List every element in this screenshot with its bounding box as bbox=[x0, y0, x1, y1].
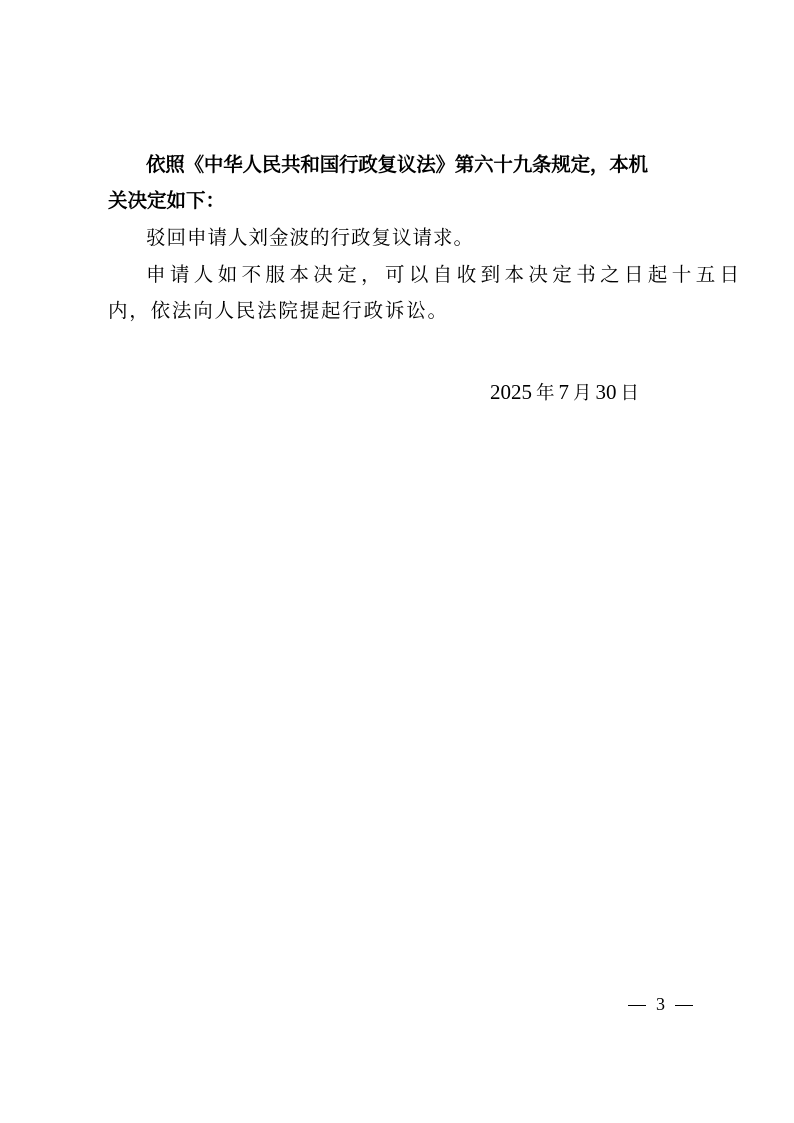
page-number-footer: 3 bbox=[628, 994, 693, 1015]
legal-basis-line-2: 关决定如下： bbox=[108, 189, 225, 213]
date-year: 2025 bbox=[490, 380, 532, 404]
signature-date: 2025年7月30日 bbox=[490, 380, 643, 406]
appeal-notice-line-2: 内，依法向人民法院提起行政诉讼。 bbox=[108, 299, 449, 323]
date-month: 7 bbox=[559, 380, 570, 404]
date-year-unit: 年 bbox=[536, 383, 555, 404]
document-page: 依照《中华人民共和国行政复议法》第六十九条规定，本机 关决定如下： 驳回申请人刘… bbox=[0, 0, 794, 1123]
appeal-notice-line-1: 申请人如不服本决定，可以自收到本决定书之日起十五日 bbox=[146, 263, 744, 287]
page-number-dash-left bbox=[628, 1005, 646, 1006]
legal-basis-line-1: 依照《中华人民共和国行政复议法》第六十九条规定，本机 bbox=[146, 153, 648, 177]
page-number: 3 bbox=[656, 994, 665, 1014]
decision-text: 驳回申请人刘金波的行政复议请求。 bbox=[146, 226, 474, 250]
date-day: 30 bbox=[596, 380, 617, 404]
page-number-dash-right bbox=[675, 1005, 693, 1006]
date-day-unit: 日 bbox=[621, 383, 640, 404]
date-month-unit: 月 bbox=[573, 383, 592, 404]
